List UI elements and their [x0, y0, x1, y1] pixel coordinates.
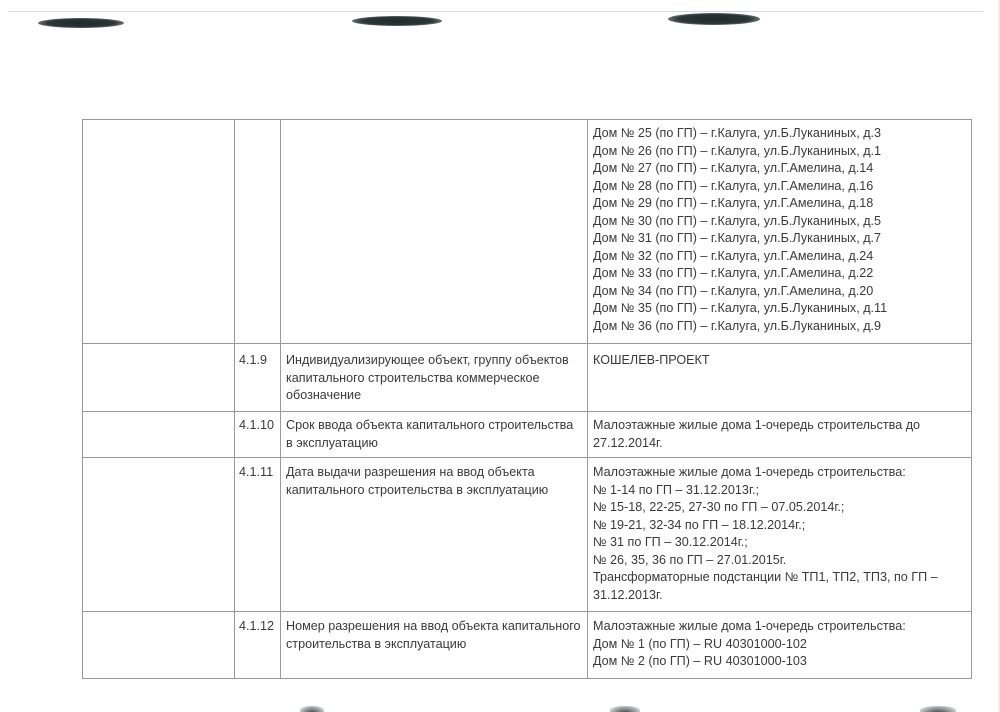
item-value: КОШЕЛЕВ-ПРОЕКТ — [588, 344, 972, 412]
section-cell — [83, 412, 235, 458]
address-line: Дом № 30 (по ГП) – г.Калуга, ул.Б.Лукани… — [593, 213, 966, 231]
item-label: Срок ввода объекта капитального строител… — [281, 412, 588, 458]
value-line: Малоэтажные жилые дома 1-очередь строите… — [593, 464, 966, 482]
value-line: № 26, 35, 36 по ГП – 27.01.2015г. — [593, 552, 966, 570]
item-value: Малоэтажные жилые дома 1-очередь строите… — [588, 412, 972, 458]
value-line: № 1-14 по ГП – 31.12.2013г.; — [593, 482, 966, 500]
value-line: № 15-18, 22-25, 27-30 по ГП – 07.05.2014… — [593, 499, 966, 517]
address-line: Дом № 32 (по ГП) – г.Калуга, ул.Г.Амелин… — [593, 248, 966, 266]
item-label: Номер разрешения на ввод объекта капитал… — [281, 612, 588, 679]
value-line: № 31 по ГП – 30.12.2014г.; — [593, 534, 966, 552]
item-value: Дом № 25 (по ГП) – г.Калуга, ул.Б.Лукани… — [588, 120, 972, 344]
scan-edge-line — [8, 11, 983, 12]
item-number: 4.1.9 — [235, 344, 281, 412]
table-row: 4.1.12 Номер разрешения на ввод объекта … — [83, 612, 972, 679]
table-row: Дом № 25 (по ГП) – г.Калуга, ул.Б.Лукани… — [83, 120, 972, 344]
item-number: 4.1.11 — [235, 458, 281, 612]
punch-hole-mark — [300, 706, 324, 712]
value-line: Дом № 2 (по ГП) – RU 40301000-103 — [593, 653, 966, 671]
address-line: Дом № 27 (по ГП) – г.Калуга, ул.Г.Амелин… — [593, 160, 966, 178]
value-line: Малоэтажные жилые дома 1-очередь строите… — [593, 417, 966, 452]
item-value: Малоэтажные жилые дома 1-очередь строите… — [588, 458, 972, 612]
item-number — [235, 120, 281, 344]
address-line: Дом № 29 (по ГП) – г.Калуга, ул.Г.Амелин… — [593, 195, 966, 213]
punch-hole-mark — [920, 706, 956, 712]
value-line: № 19-21, 32-34 по ГП – 18.12.2014г.; — [593, 517, 966, 535]
address-line: Дом № 34 (по ГП) – г.Калуга, ул.Г.Амелин… — [593, 283, 966, 301]
section-cell — [83, 458, 235, 612]
address-line: Дом № 31 (по ГП) – г.Калуга, ул.Б.Лукани… — [593, 230, 966, 248]
section-cell — [83, 612, 235, 679]
item-number: 4.1.12 — [235, 612, 281, 679]
item-number: 4.1.10 — [235, 412, 281, 458]
address-line: Дом № 36 (по ГП) – г.Калуга, ул.Б.Лукани… — [593, 318, 966, 336]
section-cell — [83, 344, 235, 412]
commercial-name: КОШЕЛЕВ-ПРОЕКТ — [593, 352, 966, 370]
address-line: Дом № 25 (по ГП) – г.Калуга, ул.Б.Лукани… — [593, 125, 966, 143]
value-line: Трансформаторные подстанции № ТП1, ТП2, … — [593, 569, 966, 604]
table-row: 4.1.10 Срок ввода объекта капитального с… — [83, 412, 972, 458]
punch-hole-mark — [352, 16, 442, 26]
address-line: Дом № 28 (по ГП) – г.Калуга, ул.Г.Амелин… — [593, 178, 966, 196]
punch-hole-mark — [38, 18, 124, 28]
value-line: Малоэтажные жилые дома 1-очередь строите… — [593, 618, 966, 636]
item-label: Индивидуализирующее объект, группу объек… — [281, 344, 588, 412]
address-line: Дом № 33 (по ГП) – г.Калуга, ул.Г.Амелин… — [593, 265, 966, 283]
item-label — [281, 120, 588, 344]
item-label: Дата выдачи разрешения на ввод объекта к… — [281, 458, 588, 612]
table-row: 4.1.11 Дата выдачи разрешения на ввод об… — [83, 458, 972, 612]
punch-hole-mark — [610, 706, 640, 712]
punch-hole-mark — [668, 13, 760, 25]
address-line: Дом № 26 (по ГП) – г.Калуга, ул.Б.Лукани… — [593, 143, 966, 161]
value-line: Дом № 1 (по ГП) – RU 40301000-102 — [593, 636, 966, 654]
item-value: Малоэтажные жилые дома 1-очередь строите… — [588, 612, 972, 679]
project-declaration-table: Дом № 25 (по ГП) – г.Калуга, ул.Б.Лукани… — [82, 119, 972, 679]
section-cell — [83, 120, 235, 344]
table-row: 4.1.9 Индивидуализирующее объект, группу… — [83, 344, 972, 412]
address-line: Дом № 35 (по ГП) – г.Калуга, ул.Б.Лукани… — [593, 300, 966, 318]
